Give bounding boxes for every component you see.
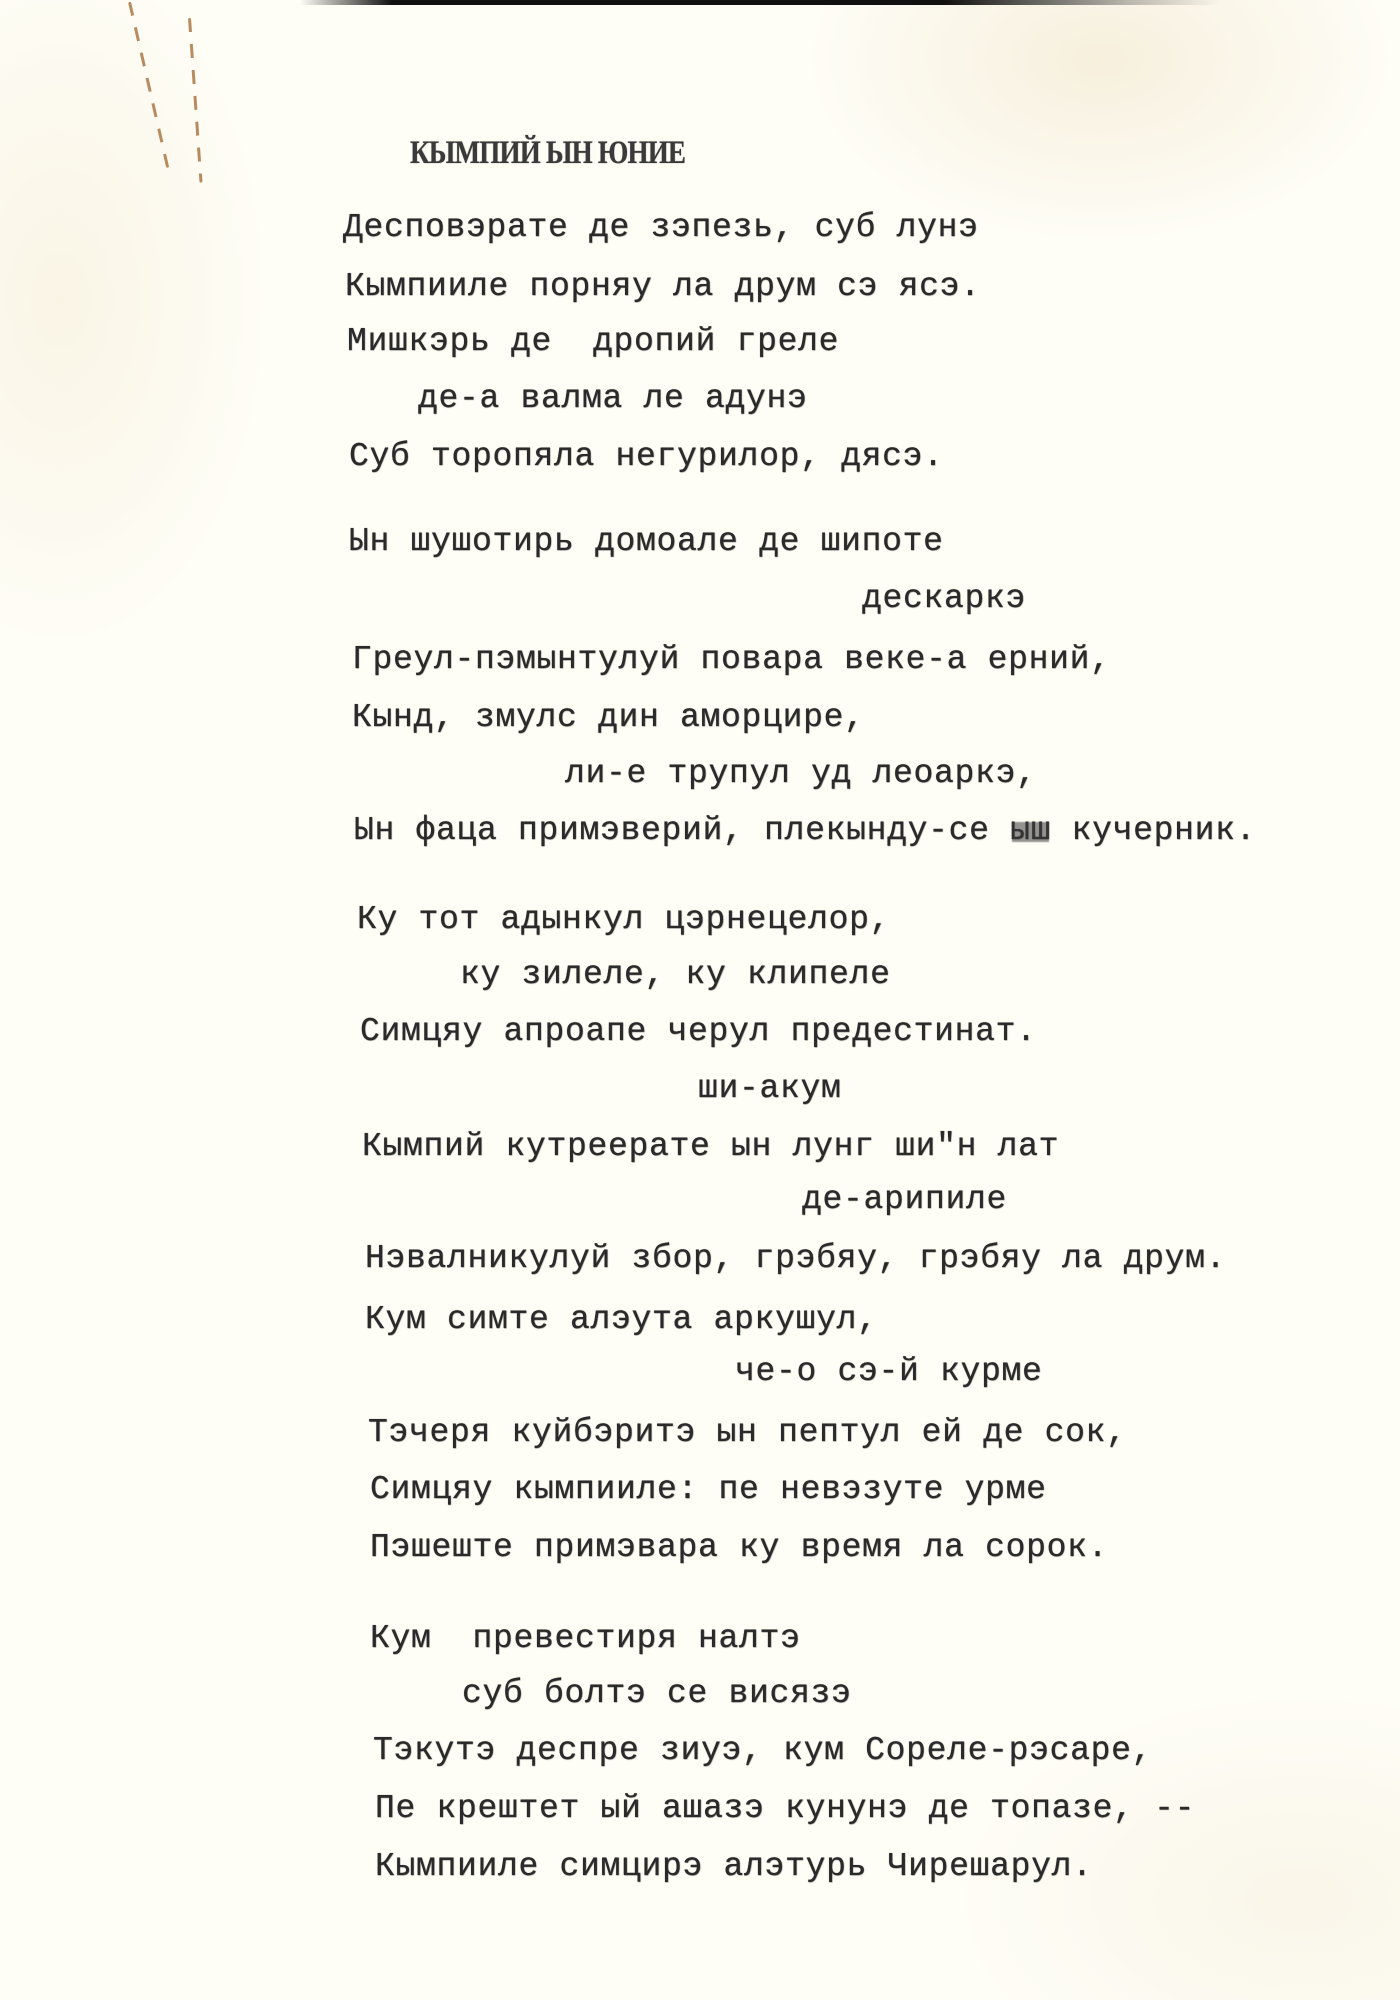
poem-line: Десповэрате де зэпезь, суб лунэ bbox=[343, 208, 979, 248]
poem-line: Мишкэрь де дропий греле bbox=[347, 322, 839, 362]
poem-line: де-а валма ле адунэ bbox=[418, 379, 808, 419]
scan-top-edge-shadow bbox=[300, 0, 1220, 5]
poem-line: Кынд, змулс дин аморцире, bbox=[352, 698, 865, 738]
poem-line-text: кучерник. bbox=[1072, 812, 1257, 849]
poem-line: че-о сэ-й курме bbox=[735, 1352, 1043, 1392]
poem-line: Тэчеря куйбэритэ ын пептул ей де сок, bbox=[368, 1413, 1127, 1453]
poem-line: Ку тот адынкул цэрнецелор, bbox=[357, 900, 890, 940]
poem-line: Пэшеште примэвара ку время ла сорок. bbox=[370, 1528, 1108, 1568]
poem-line-text: Ын фаца примэверий, плекынду-се bbox=[354, 812, 990, 849]
poem-line: Кымпииле порняу ла друм сэ ясэ. bbox=[345, 267, 981, 307]
poem-line: Кымпииле симцирэ алэтурь Чирешарул. bbox=[375, 1847, 1093, 1887]
poem-line: ку зилеле, ку клипеле bbox=[460, 955, 891, 995]
poem-line: Суб торопяла негурилор, дясэ. bbox=[349, 437, 944, 477]
poem-line: ши-акум bbox=[698, 1069, 842, 1109]
poem-line: Ын шушотирь домоале де шипоте bbox=[349, 522, 944, 562]
poem-line: ли-е трупул уд леоаркэ, bbox=[565, 754, 1037, 794]
poem-line: суб болтэ се висязэ bbox=[462, 1674, 852, 1714]
poem-line: Кымпий кутреерате ын лунг ши"н лат bbox=[362, 1127, 1059, 1167]
poem-line: Кум превестиря налтэ bbox=[370, 1619, 801, 1659]
poem-line: Греул-пэмынтулуй повара веке-а ерний, bbox=[352, 640, 1111, 680]
poem-line: Кум симте алэута аркушул, bbox=[365, 1300, 878, 1340]
poem-line: дескаркэ bbox=[862, 579, 1026, 619]
poem-line: де-арипиле bbox=[802, 1180, 1007, 1220]
poem-title: КЫМПИЙ ЫН ЮНИЕ bbox=[410, 133, 685, 173]
poem-line: Симцяу кымпииле: пе невэзуте урме bbox=[370, 1470, 1047, 1510]
poem-line: Пе крештет ый ашазэ кунунэ де топазе, -- bbox=[375, 1789, 1195, 1829]
poem-line: Тэкутэ деспре зиуэ, кум Сореле-рэсаре, bbox=[373, 1731, 1152, 1771]
poem-line-with-correction: Ын фаца примэверий, плекынду-се ыш кучер… bbox=[354, 811, 1256, 851]
overstruck-word: ыш bbox=[1010, 811, 1051, 851]
poem-line: Нэвалникулуй збор, грэбяу, грэбяу ла дру… bbox=[365, 1239, 1226, 1279]
poem-line: Симцяу апроапе черул предестинат. bbox=[360, 1012, 1037, 1052]
